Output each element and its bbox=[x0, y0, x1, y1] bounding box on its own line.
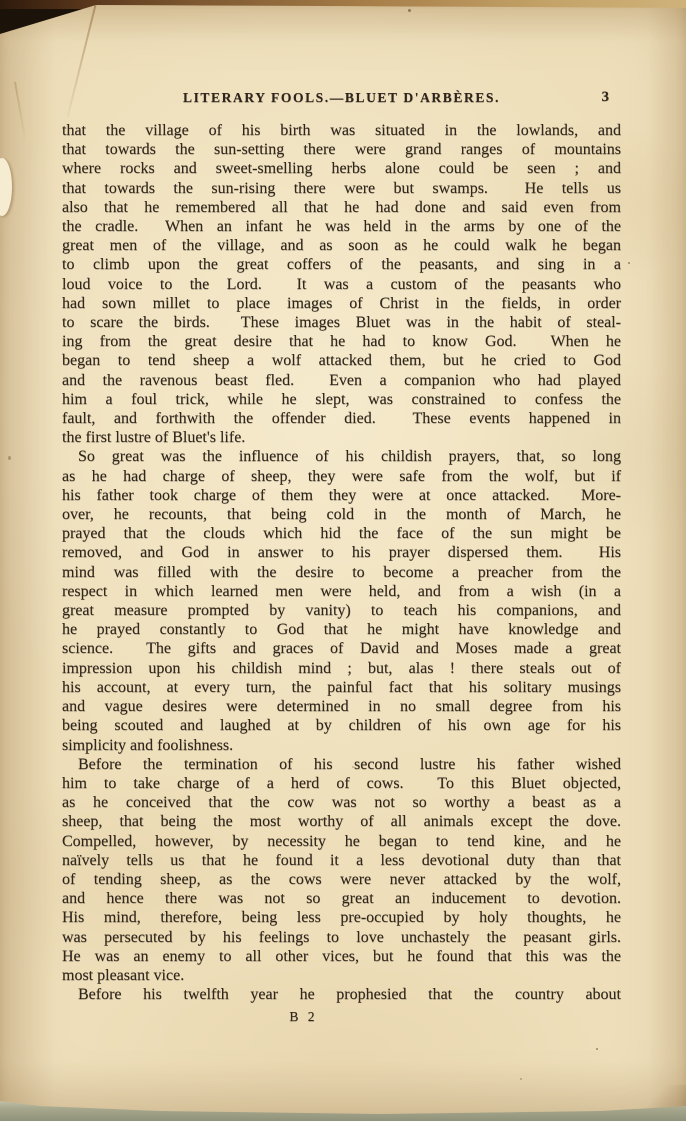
text-line: ing from the great desire that he had to… bbox=[62, 332, 621, 351]
text-line: the cradle. When an infant he was held i… bbox=[62, 217, 621, 236]
text-line: and the ravenous beast fled. Even a comp… bbox=[62, 371, 621, 390]
text-line: his account, at every turn, the painful … bbox=[62, 678, 621, 697]
text-line: impression upon his childish mind ; but,… bbox=[62, 659, 621, 678]
crease-mark bbox=[14, 82, 26, 139]
text-line: His mind, therefore, being less pre-occu… bbox=[62, 908, 621, 927]
page-number: 3 bbox=[602, 88, 610, 107]
text-line: also that he remembered all that he had … bbox=[62, 198, 621, 217]
text-line: He was an enemy to all other vices, but … bbox=[62, 947, 621, 966]
text-line: his father took charge of them they were… bbox=[62, 486, 621, 505]
text-line: great men of the village, and as soon as… bbox=[62, 236, 621, 255]
page-text: that the village of his birth was situat… bbox=[62, 121, 621, 1004]
paper-speck bbox=[8, 456, 11, 460]
text-line: great measure prompted by vanity) to tea… bbox=[62, 601, 621, 620]
text-line: of tending sheep, as the cows were never… bbox=[62, 870, 621, 889]
paper-speck bbox=[596, 1048, 598, 1050]
text-line: naïvely tells us that he found it a less… bbox=[62, 851, 621, 870]
text-line: being scouted and laughed at by children… bbox=[62, 716, 621, 735]
paper-speck bbox=[408, 9, 411, 12]
text-line: and hence there was not so great an indu… bbox=[62, 889, 621, 908]
text-line: mind was filled with the desire to becom… bbox=[62, 563, 621, 582]
text-line: sheep, that being the most worthy of all… bbox=[62, 812, 621, 831]
text-line: he prayed constantly to God that he migh… bbox=[62, 620, 621, 639]
text-line: that towards the sun-rising there were b… bbox=[62, 179, 621, 198]
paragraph: Before the termination of his second lus… bbox=[62, 755, 621, 985]
text-line: Before his twelfth year he prophesied th… bbox=[62, 985, 621, 1004]
signature-mark: B 2 bbox=[24, 1007, 583, 1026]
running-header-title: LITERARY FOOLS.—BLUET D'ARBÈRES. bbox=[62, 88, 621, 107]
text-line: Before the termination of his second lus… bbox=[62, 755, 621, 774]
text-line: So great was the influence of his childi… bbox=[62, 447, 621, 466]
text-line: as he had charge of sheep, they were saf… bbox=[62, 467, 621, 486]
text-line: began to tend sheep a wolf attacked them… bbox=[62, 351, 621, 370]
text-line: most pleasant vice. bbox=[62, 966, 621, 985]
paragraph: So great was the influence of his childi… bbox=[62, 447, 621, 754]
text-line: that towards the sun-setting there were … bbox=[62, 140, 621, 159]
text-line: science. The gifts and graces of David a… bbox=[62, 639, 621, 658]
text-line: him to take charge of a herd of cows. To… bbox=[62, 774, 621, 793]
running-header: LITERARY FOOLS.—BLUET D'ARBÈRES. 3 bbox=[62, 88, 621, 107]
text-line: prayed that the clouds which hid the fac… bbox=[62, 524, 621, 543]
paper-speck bbox=[520, 1078, 522, 1080]
text-line: Compelled, however, by necessity he bega… bbox=[62, 832, 621, 851]
paper-speck bbox=[628, 262, 630, 264]
text-block: LITERARY FOOLS.—BLUET D'ARBÈRES. 3 that … bbox=[62, 88, 621, 1027]
text-line: respect in which learned men were held, … bbox=[62, 582, 621, 601]
text-line: had sown millet to place images of Chris… bbox=[62, 294, 621, 313]
text-line: the first lustre of Bluet's life. bbox=[62, 428, 621, 447]
text-line: removed, and God in answer to his prayer… bbox=[62, 543, 621, 562]
text-line: was persecuted by his feelings to love u… bbox=[62, 928, 621, 947]
text-line: to scare the birds. These images Bluet w… bbox=[62, 313, 621, 332]
paragraph: that the village of his birth was situat… bbox=[62, 121, 621, 447]
text-line: over, he recounts, that being cold in th… bbox=[62, 505, 621, 524]
text-line: loud voice to the Lord. It was a custom … bbox=[62, 275, 621, 294]
text-line: fault, and forthwith the offender died. … bbox=[62, 409, 621, 428]
text-line: to climb upon the great coffers of the p… bbox=[62, 255, 621, 274]
text-line: that the village of his birth was situat… bbox=[62, 121, 621, 140]
text-line: and vague desires were determined in no … bbox=[62, 697, 621, 716]
text-line: him a foul trick, while he slept, was co… bbox=[62, 390, 621, 409]
scanned-page: LITERARY FOOLS.—BLUET D'ARBÈRES. 3 that … bbox=[0, 0, 686, 1121]
text-line: as he conceived that the cow was not so … bbox=[62, 793, 621, 812]
text-line: where rocks and sweet-smelling herbs alo… bbox=[62, 159, 621, 178]
text-line: simplicity and foolishness. bbox=[62, 736, 621, 755]
book-page: LITERARY FOOLS.—BLUET D'ARBÈRES. 3 that … bbox=[0, 0, 686, 1121]
paper-edge-chip bbox=[0, 158, 12, 216]
paragraph: Before his twelfth year he prophesied th… bbox=[62, 985, 621, 1004]
